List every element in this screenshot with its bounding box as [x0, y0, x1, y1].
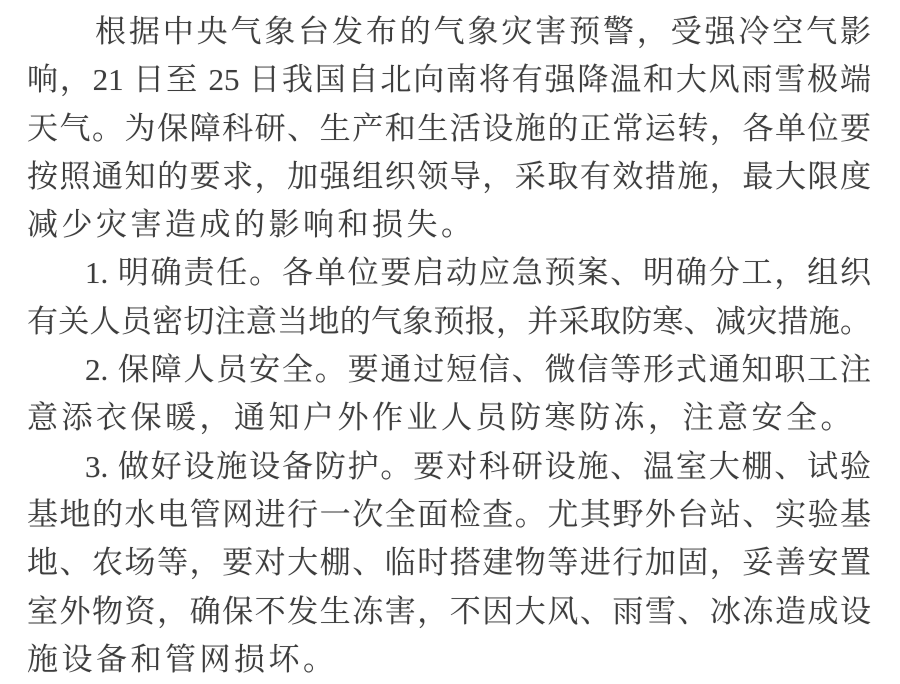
document-line: 按照通知的要求，加强组织领导，采取有效措施，最大限度 — [27, 153, 871, 201]
document-page: 根据中央气象台发布的气象灾害预警，受强冷空气影 响，21 日至 25 日我国自北… — [0, 0, 900, 684]
document-line: 根据中央气象台发布的气象灾害预警，受强冷空气影 — [27, 8, 871, 56]
document-line: 室外物资，确保不发生冻害，不因大风、雨雪、冰冻造成设 — [27, 588, 871, 636]
document-line: 地、农场等，要对大棚、临时搭建物等进行加固，妥善安置 — [27, 539, 871, 587]
document-line: 3. 做好设施设备防护。要对科研设施、温室大棚、试验 — [27, 443, 871, 491]
paragraph: 3. 做好设施设备防护。要对科研设施、温室大棚、试验 基地的水电管网进行一次全面… — [27, 443, 871, 684]
paragraph: 2. 保障人员安全。要通过短信、微信等形式通知职工注 意添衣保暖，通知户外作业人… — [27, 346, 871, 443]
document-line: 意添衣保暖，通知户外作业人员防寒防冻，注意安全。 — [27, 394, 871, 442]
document-line: 2. 保障人员安全。要通过短信、微信等形式通知职工注 — [27, 346, 871, 394]
document-line: 基地的水电管网进行一次全面检查。尤其野外台站、实验基 — [27, 491, 871, 539]
document-line: 施设备和管网损坏。 — [27, 636, 871, 684]
document-line: 减少灾害造成的影响和损失。 — [27, 201, 871, 249]
document-line: 有关人员密切注意当地的气象预报，并采取防寒、减灾措施。 — [27, 298, 871, 346]
paragraph: 1. 明确责任。各单位要启动应急预案、明确分工，组织 有关人员密切注意当地的气象… — [27, 249, 871, 346]
document-line: 天气。为保障科研、生产和生活设施的正常运转，各单位要 — [27, 105, 871, 153]
paragraph: 根据中央气象台发布的气象灾害预警，受强冷空气影 响，21 日至 25 日我国自北… — [27, 8, 871, 249]
document-line: 响，21 日至 25 日我国自北向南将有强降温和大风雨雪极端 — [27, 56, 871, 104]
document-line: 1. 明确责任。各单位要启动应急预案、明确分工，组织 — [27, 249, 871, 297]
